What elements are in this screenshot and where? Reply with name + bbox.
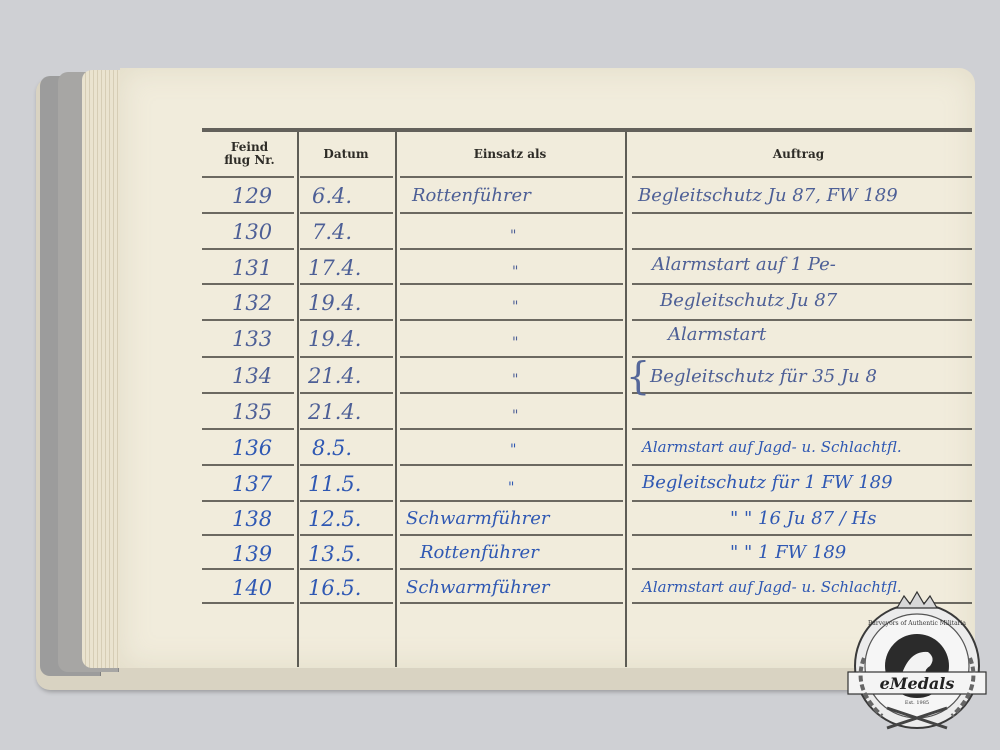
entry-role-ditto: " [510,442,516,458]
entry-date: 16.5. [308,576,361,600]
row-rule [400,212,623,214]
row-rule [632,464,972,466]
row-rule [632,428,972,430]
seal-icon [842,588,992,738]
entry-number: 134 [232,364,272,388]
entry-date: 11.5. [308,472,361,496]
entry-date: 21.4. [308,364,361,388]
row-rule [202,319,294,321]
row-rule [202,500,294,502]
entry-date: 19.4. [308,291,361,315]
entry-role-ditto: " [510,228,516,244]
entry-task: Begleitschutz für 35 Ju 8 [650,366,877,387]
entry-number: 139 [232,542,272,566]
entry-role-ditto: " [512,408,518,424]
row-rule [400,392,623,394]
row-rule [400,534,623,536]
row-rule [202,248,294,250]
entry-date: 21.4. [308,400,361,424]
row-rule [632,248,972,250]
row-rule [202,283,294,285]
entry-number: 133 [232,327,272,351]
emedals-watermark: eMedals Purveyors of Authentic Militaria… [842,588,992,738]
row-rule [202,602,294,604]
entry-date: 8.5. [312,436,352,460]
entry-number: 137 [232,472,272,496]
entry-task: " " 1 FW 189 [730,542,846,563]
entry-task: Begleitschutz Ju 87 [660,290,837,311]
row-rule [632,534,972,536]
row-rule [400,283,623,285]
entry-number: 131 [232,256,272,280]
row-rule [202,212,294,214]
row-rule [202,392,294,394]
row-rule [400,248,623,250]
row-rule [300,283,393,285]
entry-role-ditto: " [512,264,518,280]
row-rule [632,212,972,214]
row-rule [300,500,393,502]
header-datum: Datum [297,132,395,176]
entry-date: 19.4. [308,327,361,351]
row-rule [400,428,623,430]
entry-role: Rottenführer [412,185,531,206]
row-rule [202,428,294,430]
row-rule [400,319,623,321]
entry-role-ditto: " [512,335,518,351]
row-rule [300,248,393,250]
entry-number: 136 [232,436,272,460]
row-rule [300,212,393,214]
logbook-page: Feind flug Nr. Datum Einsatz als Auftrag… [120,68,975,668]
column-divider [625,132,627,667]
entry-date: 12.5. [308,507,361,531]
entry-role: Rottenführer [420,542,539,563]
entry-role-ditto: " [512,372,518,388]
entry-number: 138 [232,507,272,531]
watermark-brand: eMedals [842,674,992,693]
header-nr-line2: flug Nr. [224,154,274,167]
row-rule [300,392,393,394]
row-rule [632,283,972,285]
row-rule [300,356,393,358]
entry-number: 135 [232,400,272,424]
row-rule [202,568,294,570]
row-rule [400,356,623,358]
row-rule [300,602,393,604]
brace-mark: { [626,354,650,398]
entry-number: 132 [232,291,272,315]
header-feindflug-nr: Feind flug Nr. [202,132,297,176]
entry-date: 6.4. [312,184,352,208]
table-header: Feind flug Nr. Datum Einsatz als Auftrag [202,132,972,176]
entry-role-ditto: " [512,299,518,315]
row-rule [632,392,972,394]
entry-number: 129 [232,184,272,208]
entry-date: 7.4. [312,220,352,244]
watermark-arc-text: Purveyors of Authentic Militaria [862,620,972,627]
row-rule [202,534,294,536]
entry-task: Alarmstart [668,324,766,345]
entry-date: 17.4. [308,256,361,280]
row-rule [632,356,972,358]
column-divider [395,132,397,667]
row-rule [300,534,393,536]
row-rule [300,176,393,178]
column-divider [297,132,299,667]
row-rule [300,568,393,570]
row-rule [400,464,623,466]
watermark-est: Est. 1985 [842,700,992,706]
entry-task: Begleitschutz Ju 87, FW 189 [638,185,898,206]
row-rule [300,428,393,430]
row-rule [632,500,972,502]
row-rule [400,602,623,604]
header-einsatz-als: Einsatz als [395,132,625,176]
page-edges [82,70,122,668]
entry-task: Begleitschutz für 1 FW 189 [642,472,893,493]
entry-date: 13.5. [308,542,361,566]
row-rule [632,176,972,178]
entry-task: " " 16 Ju 87 / Hs [730,508,877,529]
entry-number: 130 [232,220,272,244]
entry-task: Alarmstart auf Jagd- u. Schlachtfl. [642,438,902,456]
row-rule [400,176,623,178]
row-rule [400,500,623,502]
entry-number: 140 [232,576,272,600]
header-auftrag: Auftrag [625,132,972,176]
row-rule [400,568,623,570]
entry-task: Alarmstart auf 1 Pe- [652,254,836,275]
entry-role: Schwarmführer [406,577,550,598]
entry-role-ditto: " [508,480,514,496]
row-rule [300,464,393,466]
row-rule [202,176,294,178]
row-rule [632,319,972,321]
row-rule [300,319,393,321]
row-rule [632,568,972,570]
row-rule [202,356,294,358]
row-rule [202,464,294,466]
entry-role: Schwarmführer [406,508,550,529]
